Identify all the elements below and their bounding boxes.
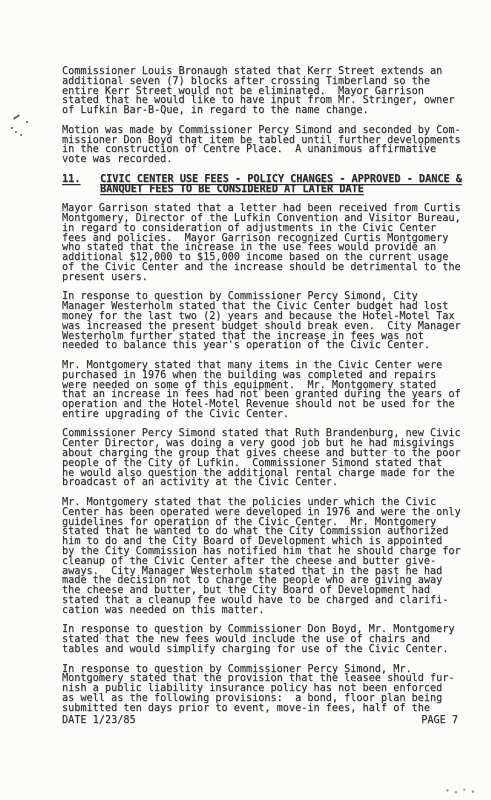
margin-speck [11, 127, 13, 129]
margin-speck [15, 131, 17, 133]
agenda-item-heading: 11. CIVIC CENTER USE FEES - POLICY CHANG… [62, 175, 466, 195]
footer-date: DATE 1/23/85 [62, 716, 136, 726]
paragraph-new-fees-chairs: In response to question by Commissioner … [62, 625, 466, 654]
paragraph-simond-misgivings: Commissioner Percy Simond stated that Ru… [62, 429, 466, 488]
margin-speck [20, 134, 22, 136]
agenda-item-title: CIVIC CENTER USE FEES - POLICY CHANGES -… [100, 175, 462, 195]
margin-speck [26, 121, 28, 123]
footer-page-number: PAGE 7 [421, 716, 458, 726]
page-footer: DATE 1/23/85 PAGE 7 [62, 716, 458, 726]
document-body: Commissioner Louis Bronaugh stated that … [62, 67, 466, 723]
paragraph-equipment-repairs: Mr. Montgomery stated that many items in… [62, 361, 466, 420]
paragraph-motion-tabled: Motion was made by Commissioner Percy Si… [62, 126, 466, 165]
paragraph-montgomery-letter: Mayor Garrison stated that a letter had … [62, 204, 466, 282]
paragraph-budget-response: In response to question by Commissioner … [62, 292, 466, 351]
margin-pen-mark [13, 114, 20, 119]
paragraph-insurance-provisions: In response to question by Commissioner … [62, 665, 466, 714]
scanned-minutes-page: Commissioner Louis Bronaugh stated that … [0, 0, 491, 800]
paragraph-policies-cleanup: Mr. Montgomery stated that the policies … [62, 498, 466, 616]
agenda-item-number: 11. [62, 175, 100, 185]
scan-smudge [444, 788, 478, 794]
paragraph-kerr-street: Commissioner Louis Bronaugh stated that … [62, 67, 466, 116]
